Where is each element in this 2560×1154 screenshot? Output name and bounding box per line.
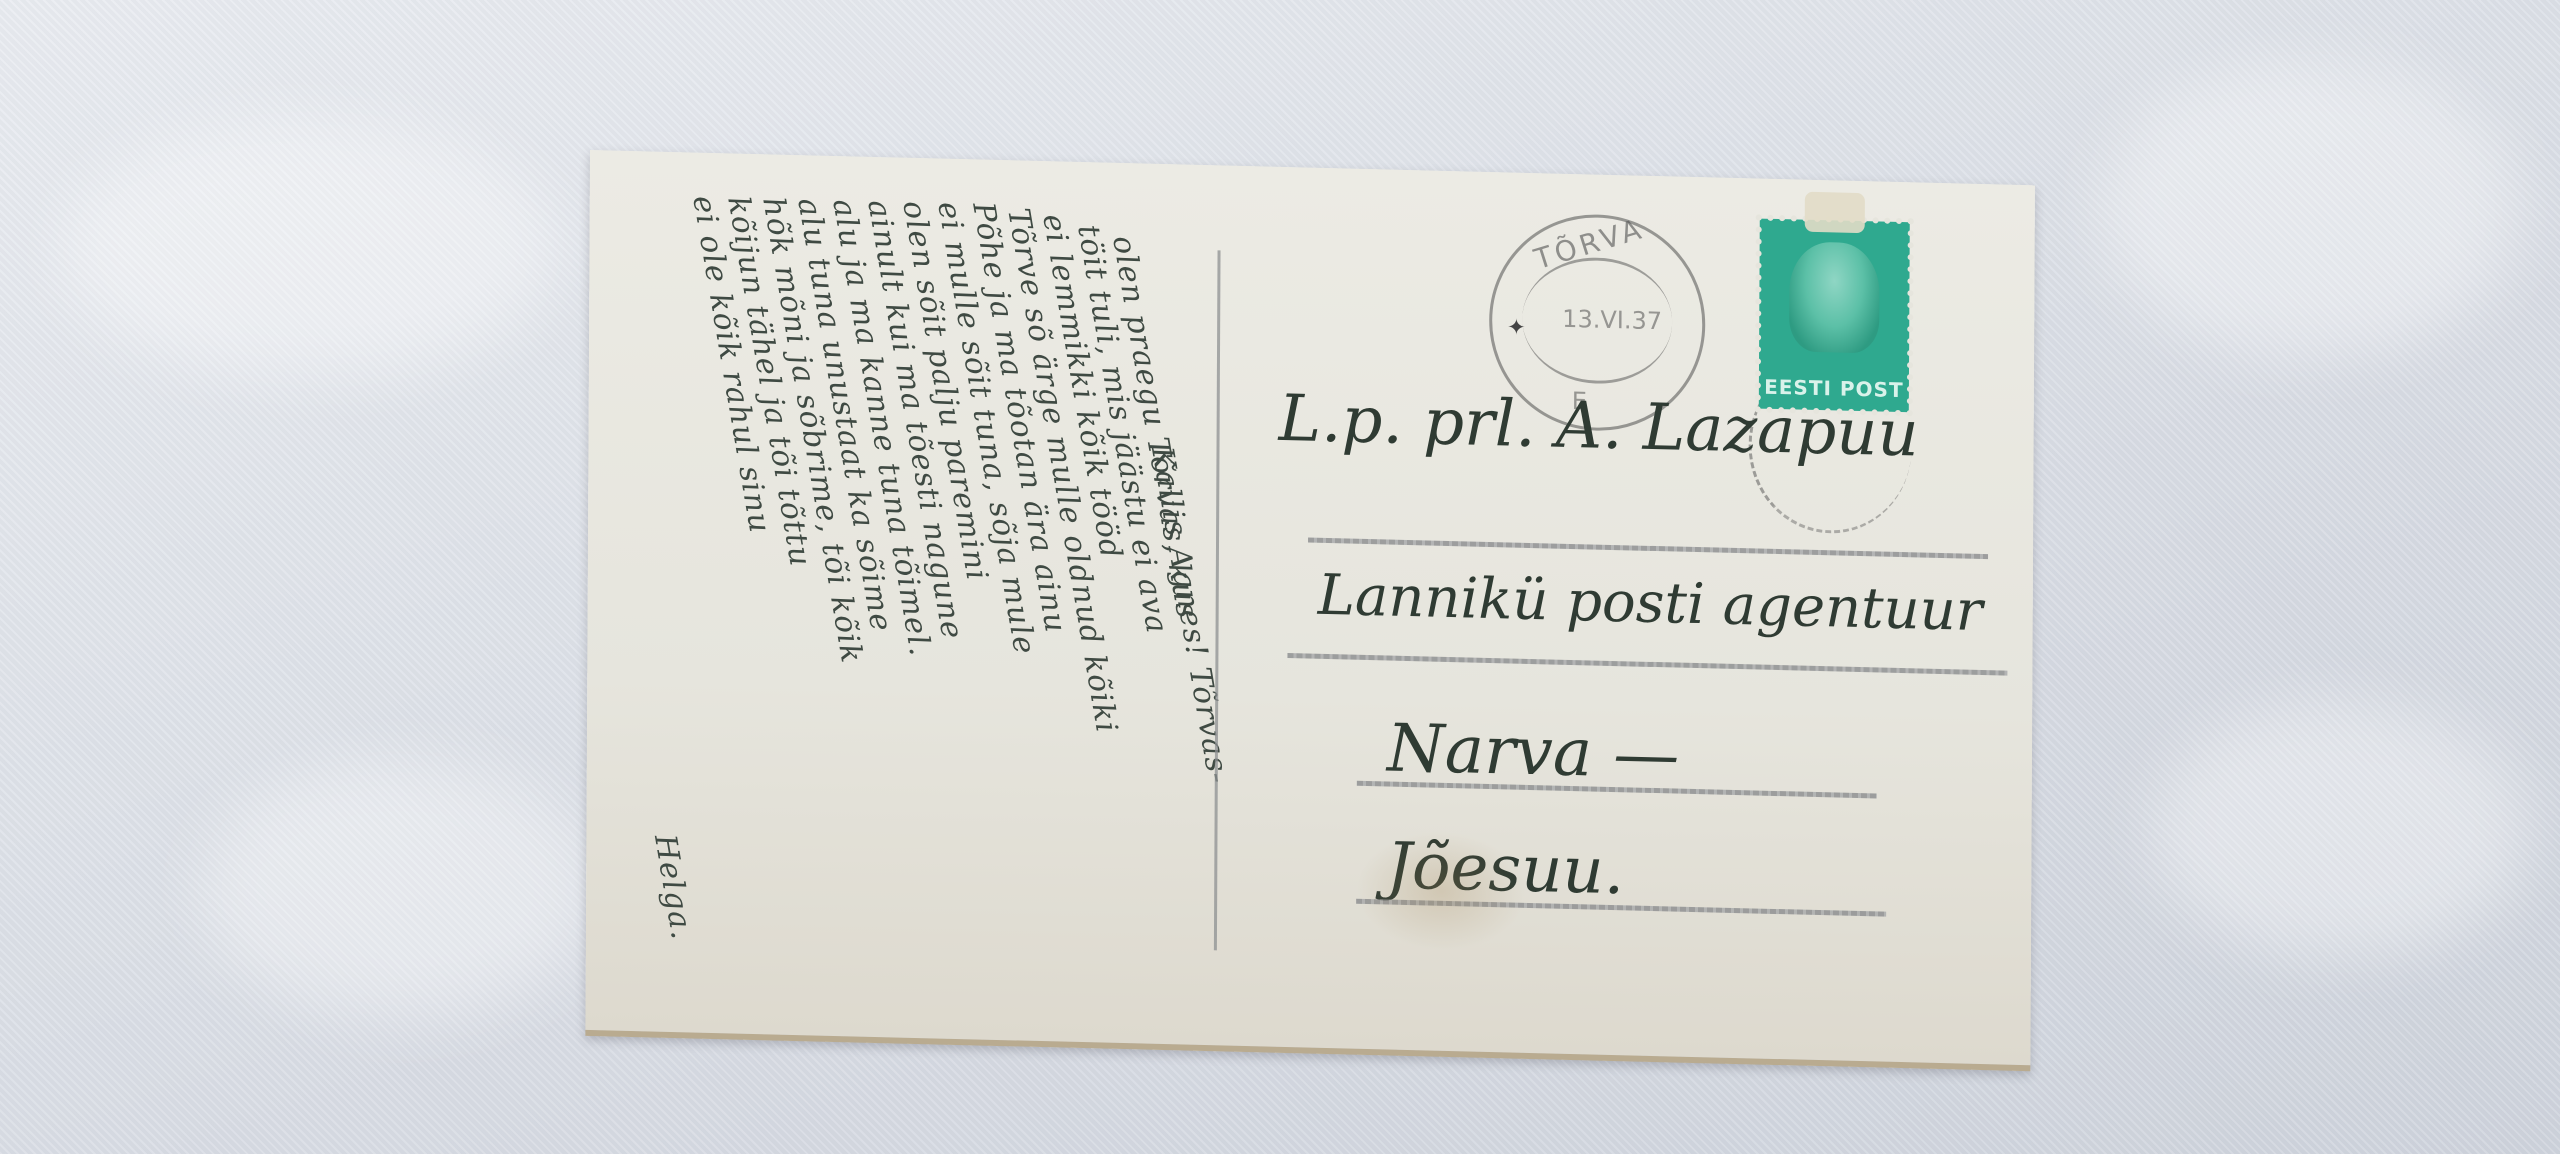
cloth-fold <box>2150 700 2530 960</box>
stamp-portrait-icon <box>1789 241 1880 353</box>
card-divider-line <box>1214 250 1221 950</box>
postage-stamp: EESTI POST <box>1759 219 1910 413</box>
cloth-fold <box>2100 60 2520 360</box>
message-signature: Helga. <box>647 832 699 942</box>
postmark-date: 13.VI.37 <box>1562 305 1662 335</box>
postcard: Kallis Agnes! Tõrvas- olen praegu Tõrvas… <box>585 150 2035 1071</box>
cloth-fold <box>60 120 560 380</box>
address-rule <box>1308 538 1988 560</box>
message-area: Kallis Agnes! Tõrvas- olen praegu Tõrvas… <box>616 191 1200 985</box>
address-line-3: Narva — <box>1387 709 1680 793</box>
address-line-2: Lannikü posti agentuur <box>1318 563 1983 644</box>
address-line-1: L.p. prl. A. Lazapuu <box>1278 382 1918 472</box>
address-rule <box>1287 653 2007 676</box>
tape-residue <box>1805 192 1865 233</box>
postmark-star-icon: ✦ <box>1507 315 1526 340</box>
cloth-fold <box>200 760 600 1020</box>
